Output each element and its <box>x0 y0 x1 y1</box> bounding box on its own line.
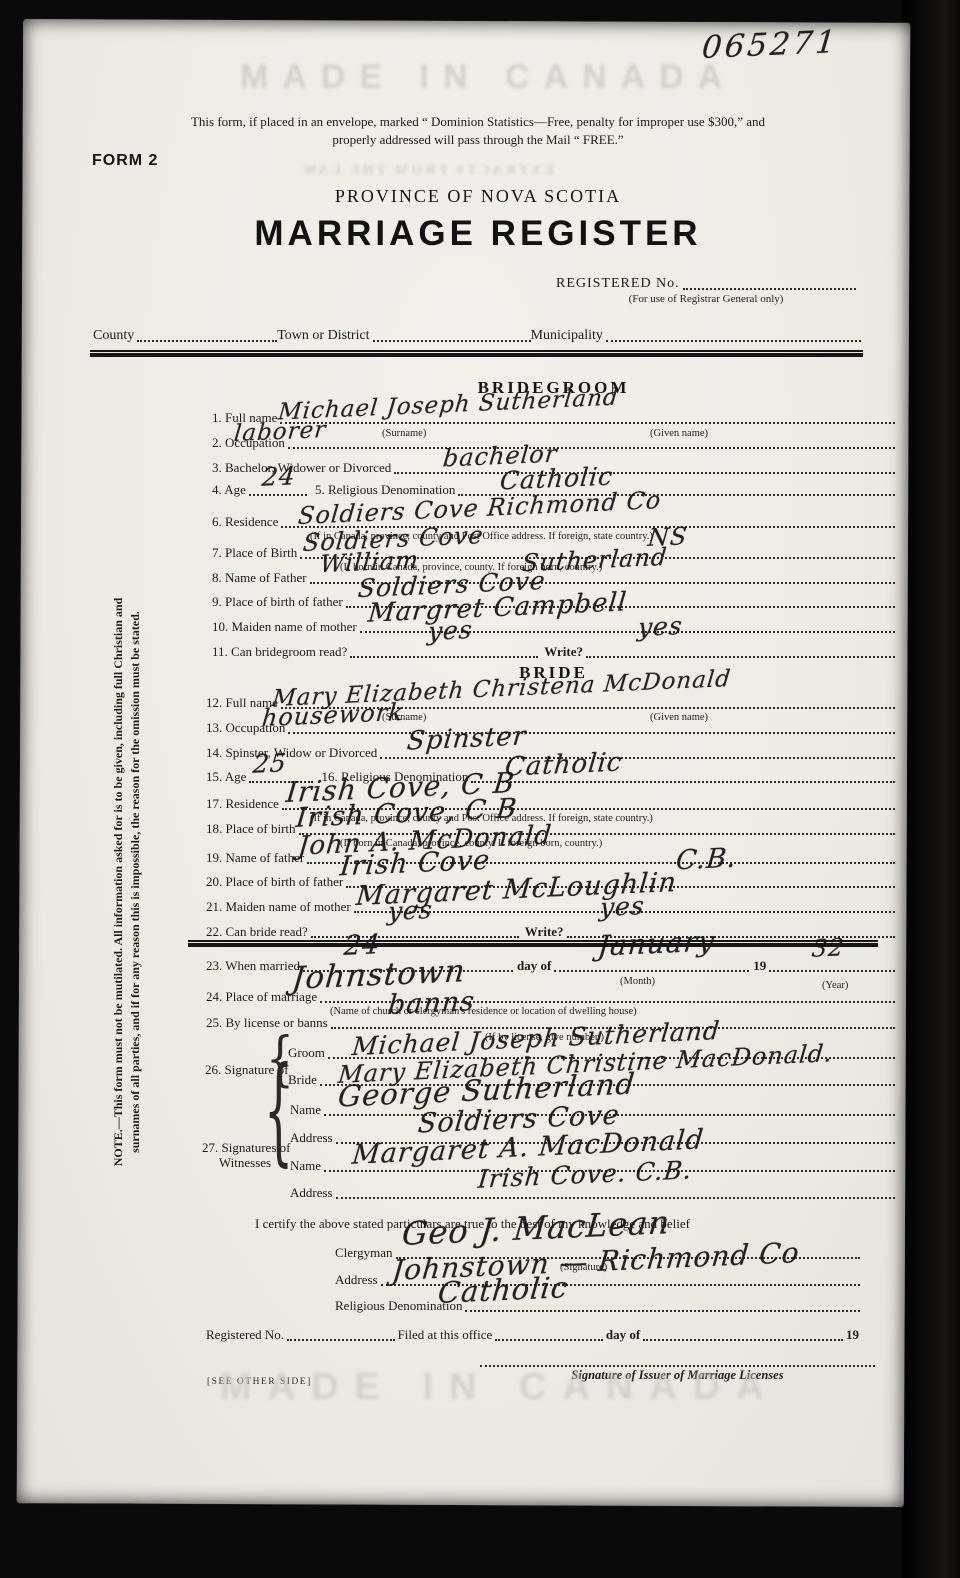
watermark-bottom: MADE IN CANADA <box>220 1366 780 1409</box>
hw-bride-status: Spinster <box>406 723 528 754</box>
field-label: day of <box>513 958 554 973</box>
municipality-blank <box>606 337 861 342</box>
footer-registered-label: Registered No. <box>206 1327 287 1342</box>
field-label: 18. Place of birth <box>206 821 299 836</box>
footer-day-of-label: day of <box>603 1327 643 1342</box>
hw-bride-can-write: yes <box>599 893 646 920</box>
hw-groom-occupation: laborer <box>233 419 327 446</box>
field-label: 21. Maiden name of mother <box>206 899 354 914</box>
field-clergyman-denomination: Religious Denomination <box>335 1298 860 1313</box>
field-blank <box>287 1336 395 1341</box>
field-label: 4. Age <box>212 482 249 497</box>
registered-no-blank <box>683 285 856 290</box>
scanned-marriage-register: { "scan": { "film_number": "065271", "wa… <box>0 0 960 1578</box>
watermark-top: MADE IN CANADA <box>240 58 736 97</box>
hw-bride-age: 25 <box>252 750 288 777</box>
field-blank <box>380 754 895 759</box>
field-blank <box>586 653 895 658</box>
hw-groom-can-write: yes <box>637 613 684 640</box>
field-literacy-bride: 22. Can bride read? Write? <box>206 924 895 939</box>
field-label: 8. Name of Father <box>212 570 310 585</box>
form-number-label: FORM 2 <box>92 152 158 170</box>
section-divider-top <box>90 350 863 357</box>
field-blank <box>336 1194 895 1199</box>
ghost-heading: EXTRACTS FROM THE LAW <box>300 163 554 179</box>
field-blank <box>288 729 895 734</box>
mail-notice-line2: properly addressed will pass through the… <box>93 132 863 148</box>
hw-marriage-year: 32 <box>811 935 846 961</box>
field-blank <box>554 967 749 972</box>
field-label: 19. Name of father <box>206 850 307 865</box>
town-blank <box>373 337 531 342</box>
field-blank <box>495 1336 603 1341</box>
film-border <box>902 0 960 1578</box>
field-label: Address <box>290 1130 336 1145</box>
film-number: 065271 <box>701 27 840 64</box>
hw-groom-age: 24 <box>261 463 297 490</box>
field-blank <box>350 653 538 658</box>
field-label: Write? <box>519 924 567 939</box>
hw-groom-can-read: yes <box>427 617 474 644</box>
hw-bride-father-birthplace-province: C.B. <box>675 845 738 875</box>
field-blank <box>769 967 895 972</box>
side-note-line1: NOTE.—This form must not be mutilated. A… <box>110 558 127 1206</box>
field-label: 9. Place of birth of father <box>212 594 346 609</box>
field-label: Name <box>290 1102 324 1117</box>
field-label: 7. Place of Birth <box>212 545 300 560</box>
hw-marriage-day: 24 <box>343 931 382 960</box>
footer-registered-row: Registered No. Filed at this office day … <box>206 1327 862 1342</box>
month-note: (Month) <box>620 976 655 987</box>
hw-license-or-banns: banns <box>387 988 477 1019</box>
field-label: 6. Residence <box>212 514 281 529</box>
field-label: Address <box>290 1185 336 1200</box>
county-label: County <box>93 328 137 343</box>
side-note-line2: surnames of all parties, and if for any … <box>127 558 144 1206</box>
hw-clergyman-denomination: Catholic <box>437 1273 570 1308</box>
municipality-label: Municipality <box>531 328 606 343</box>
registered-no-label: REGISTERED No. <box>556 276 683 291</box>
field-label: 15. Age <box>206 769 249 784</box>
field-label: 19 <box>749 958 769 973</box>
field-label: 10. Maiden name of mother <box>212 619 360 634</box>
town-label: Town or District <box>277 328 372 343</box>
page-title: MARRIAGE REGISTER <box>93 214 863 254</box>
hw-bride-can-read: yes <box>387 897 434 924</box>
field-blank <box>288 444 895 449</box>
field-label: 17. Residence <box>206 796 282 811</box>
mail-notice-line1: This form, if placed in an envelope, mar… <box>93 114 863 130</box>
field-mother-groom: 10. Maiden name of mother <box>212 619 895 634</box>
witnesses-brace: { <box>264 1040 293 1178</box>
province-heading: PROVINCE OF NOVA SCOTIA <box>93 186 863 207</box>
field-label: 11. Can bridegroom read? <box>212 644 350 659</box>
registered-no-row: REGISTERED No. <box>556 276 856 291</box>
field-label: 20. Place of birth of father <box>206 874 346 889</box>
registered-no-note: (For use of Registrar General only) <box>556 293 856 305</box>
field-blank <box>311 933 519 938</box>
scan-background: MADE IN CANADA EXTRACTS FROM THE LAW MAD… <box>0 0 960 1578</box>
field-label: 3. Bachelor, Widower or Divorced <box>212 460 394 475</box>
field-label: Address <box>335 1272 381 1287</box>
field-literacy-groom: 11. Can bridegroom read? Write? <box>212 644 895 659</box>
field-blank <box>249 491 307 496</box>
field-label: Clergyman <box>335 1245 396 1260</box>
section-divider-middle <box>188 940 878 947</box>
field-blank <box>643 1336 843 1341</box>
field-label: 23. When married <box>206 958 303 973</box>
field-blank <box>465 1307 860 1312</box>
hw-bride-denomination: Catholic <box>504 749 624 780</box>
field-label: Write? <box>538 644 586 659</box>
hw-bride-occupation: housework <box>261 700 405 730</box>
hw-marriage-month: January <box>597 927 716 960</box>
field-label: Name <box>290 1158 324 1173</box>
footer-year-prefix: 19 <box>843 1327 862 1342</box>
field-label: 22. Can bride read? <box>206 924 311 939</box>
field-label: 5. Religious Denomination <box>307 482 458 497</box>
side-note: NOTE.—This form must not be mutilated. A… <box>110 558 144 1206</box>
field-label: 14. Spinster, Widow or Divorced <box>206 745 380 760</box>
county-row: County Town or District Municipality <box>93 328 861 343</box>
footer-filed-label: Filed at this office <box>395 1327 496 1342</box>
county-blank <box>137 337 277 342</box>
